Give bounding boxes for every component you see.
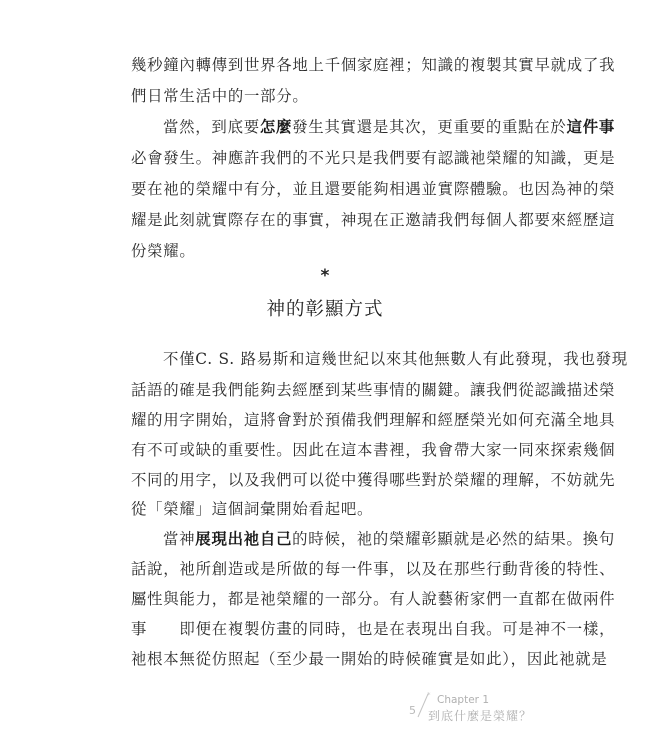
section-title: 神的彰顯方式 bbox=[0, 295, 650, 321]
paragraph-2-line-4: 耀是此刻就實際存在的事實，神現在正邀請我們每個人都要來經歷這 bbox=[131, 210, 521, 230]
paragraph-3-line-5: 不同的用字，以及我們可以從中獲得哪些對於榮耀的理解，不妨就先 bbox=[131, 470, 521, 490]
paragraph-4-line-3: 屬性與能力，都是祂榮耀的一部分。有人說藝術家們一直都在做兩件 bbox=[131, 589, 521, 609]
chapter-label: Chapter 1 bbox=[437, 694, 489, 706]
paragraph-3-line-1: 不僅C. S. 路易斯和這幾世紀以來其他無數人有此發現，我也發現 bbox=[163, 349, 521, 369]
paragraph-3-line-3: 耀的用字開始，這將會對於預備我們理解和經歷榮光如何充滿全地具 bbox=[131, 410, 521, 430]
svg-text:*: * bbox=[427, 691, 431, 699]
paragraph-4-line-2: 話說，祂所創造或是所做的每一件事，以及在那些行動背後的特性、 bbox=[131, 559, 521, 579]
text-run: 當然，到底要 bbox=[163, 118, 260, 136]
paragraph-2-line-1: 當然，到底要怎麼發生其實還是其次，更重要的重點在於這件事 bbox=[163, 117, 521, 137]
paragraph-4-line-4: 事 即便在複製仿畫的同時，也是在表現出自我。可是神不一樣， bbox=[131, 619, 521, 639]
paragraph-4-line-5: 祂根本無從仿照起（至少最一開始的時候確實是如此），因此祂就是 bbox=[131, 649, 521, 669]
paragraph-1-line-2: 們日常生活中的一部分。 bbox=[131, 86, 521, 106]
text-run: 發生其實還是其次，更重要的重點在於 bbox=[292, 118, 566, 136]
paragraph-3-line-2: 話語的確是我們能夠去經歷到某些事情的關鍵。讓我們從認識描述榮 bbox=[131, 380, 521, 400]
bold-emphasis: 怎麼 bbox=[260, 118, 292, 136]
bold-emphasis: 這件事 bbox=[567, 118, 615, 136]
paragraph-2-line-3: 要在祂的榮耀中有分，並且還要能夠相遇並實際體驗。也因為神的榮 bbox=[131, 179, 521, 199]
section-ornament: * bbox=[0, 266, 650, 286]
bold-emphasis: 展現出祂自己 bbox=[195, 530, 292, 548]
paragraph-4-line-1: 當神展現出祂自己的時候，祂的榮耀彰顯就是必然的結果。換句 bbox=[163, 529, 521, 549]
paragraph-1-line-1: 幾秒鐘內轉傳到世界各地上千個家庭裡；知識的複製其實早就成了我 bbox=[131, 55, 521, 75]
book-page: 幾秒鐘內轉傳到世界各地上千個家庭裡；知識的複製其實早就成了我 們日常生活中的一部… bbox=[0, 0, 650, 750]
paragraph-3-line-6: 從「榮耀」這個詞彙開始看起吧。 bbox=[131, 499, 521, 519]
paragraph-2-line-2: 必會發生。神應許我們的不光只是我們要有認識祂榮耀的知識，更是 bbox=[131, 148, 521, 168]
paragraph-2-line-5: 份榮耀。 bbox=[131, 241, 521, 261]
chapter-title: 到底什麼是榮耀？ bbox=[428, 707, 532, 724]
paragraph-3-line-4: 有不可或缺的重要性。因此在這本書裡，我會帶大家一同來探索幾個 bbox=[131, 440, 521, 460]
text-run: 的時候，祂的榮耀彰顯就是必然的結果。換句 bbox=[292, 530, 615, 548]
page-number: 5 bbox=[409, 704, 416, 717]
text-run: 當神 bbox=[163, 530, 195, 548]
